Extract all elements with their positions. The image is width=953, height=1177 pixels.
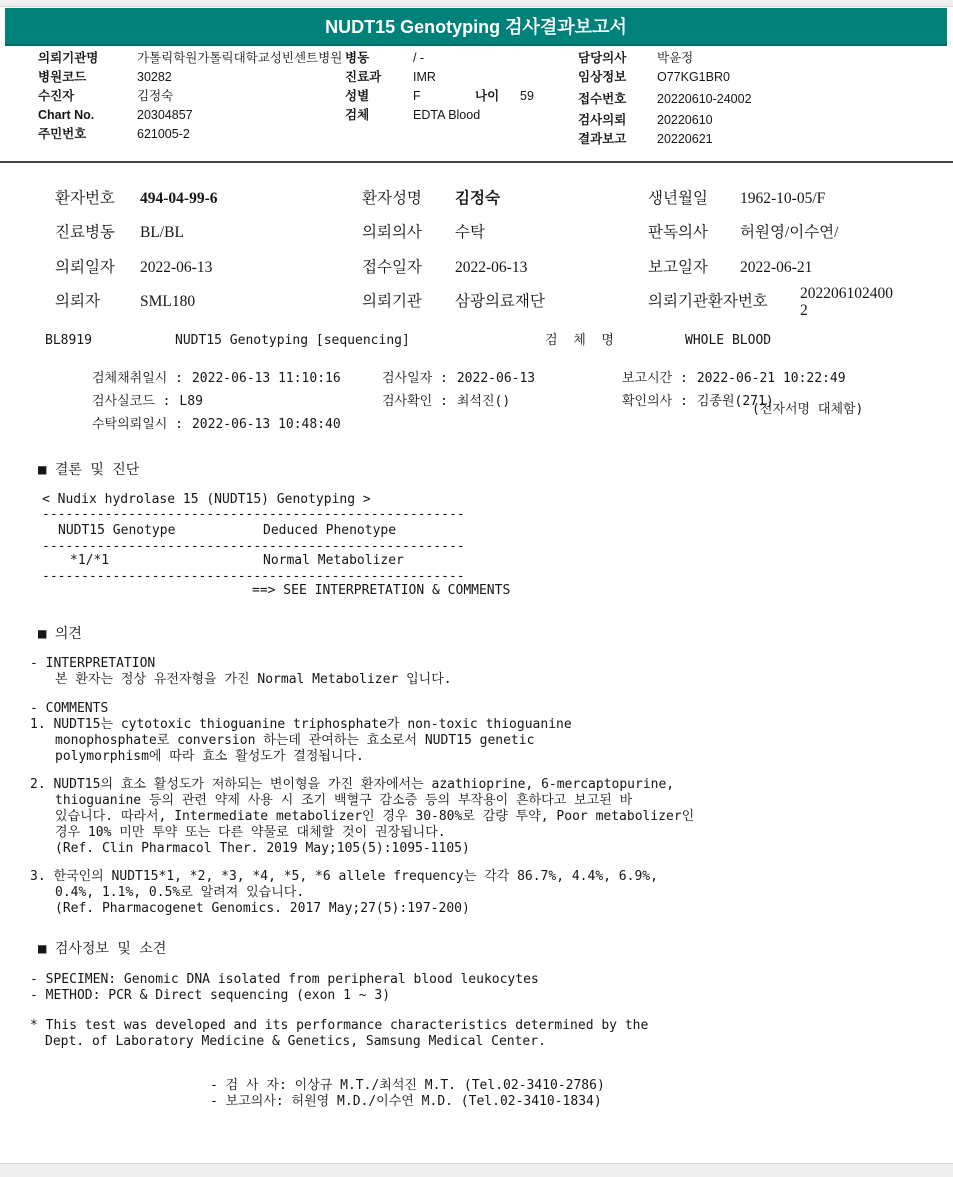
field-label: 의뢰기관 <box>362 293 422 311</box>
field-value: O77KG1BR0 <box>657 70 730 85</box>
field-value: 최석진() <box>457 394 510 409</box>
disclaimer-line: * This test was developed and its perfor… <box>30 1018 648 1033</box>
field-value: 59 <box>520 89 534 104</box>
field-request-datetime: 수탁의뢰일시 :2022-06-13 10:48:40 <box>45 402 341 447</box>
report-title-bar: NUDT15 Genotyping 검사결과보고서 <box>5 8 947 46</box>
lab-report-page: NUDT15 Genotyping 검사결과보고서 의뢰기관명 가톨릭학원가톨릭… <box>0 0 953 1177</box>
field-value: IMR <box>413 70 436 85</box>
reporting-doctor-line: - 보고의사: 허원영 M.D./이수연 M.D. (Tel.02-3410-1… <box>210 1094 602 1109</box>
comment-line: 1. NUDT15는 cytotoxic thioguanine triphos… <box>30 717 572 732</box>
genotype-value: *1/*1 <box>70 553 109 568</box>
field-value: 2022-06-13 <box>140 259 212 277</box>
bottom-strip <box>0 1163 953 1177</box>
comment-line: 경우 10% 미만 투약 또는 다른 약물로 대체할 것이 권장됩니다. <box>55 825 446 840</box>
field-value: 박윤정 <box>657 51 693 66</box>
field-label: 나이 <box>475 89 499 104</box>
field-value: 2022-06-21 <box>740 259 812 277</box>
field-value: 621005-2 <box>137 127 190 142</box>
field-value: WHOLE BLOOD <box>685 333 771 348</box>
field-label: 진료병동 <box>55 224 115 242</box>
divider-dashes: ----------------------------------------… <box>42 569 465 584</box>
method-line: - METHOD: PCR & Direct sequencing (exon … <box>30 988 390 1003</box>
phenotype-value: Normal Metabolizer <box>263 553 404 568</box>
field-label: 결과보고 <box>578 132 626 147</box>
phenotype-column-header: Deduced Phenotype <box>263 523 396 538</box>
field-label: 의뢰기관명 <box>38 51 98 66</box>
comment-line: 있습니다. 따라서, Intermediate metabolizer인 경우 … <box>55 809 694 824</box>
field-verified: 검사확인 :최석진() <box>335 379 510 424</box>
field-value: 가톨릭학원가톨릭대학교성빈센트병원 <box>137 51 342 66</box>
conclusion-subtitle: < Nudix hydrolase 15 (NUDT15) Genotyping… <box>42 492 371 507</box>
comment-line: 3. 한국인의 NUDT15*1, *2, *3, *4, *5, *6 all… <box>30 869 658 884</box>
field-value: 삼광의료재단 <box>455 293 545 311</box>
comment-line: 2. NUDT15의 효소 활성도가 저하되는 변이형을 가진 환자에서는 az… <box>30 777 674 792</box>
esign-note: (전자서명 대체함) <box>752 402 863 417</box>
comment-line: monophosphate로 conversion 하는데 관여하는 효소로서 … <box>55 733 534 748</box>
field-value: 허원영/이수연/ <box>740 224 838 242</box>
field-label: 검사확인 : <box>382 394 448 409</box>
comment-line: polymorphism에 따라 효소 활성도가 결정됩니다. <box>55 749 364 764</box>
field-value: 20220621 <box>657 132 713 147</box>
test-name: NUDT15 Genotyping [sequencing] <box>175 333 410 348</box>
comment-reference: (Ref. Pharmacogenet Genomics. 2017 May;2… <box>55 901 470 916</box>
field-value: 20304857 <box>137 108 193 123</box>
field-value: 20220610 <box>657 113 713 128</box>
field-label: 성별 <box>345 89 369 104</box>
interpretation-body: 본 환자는 정상 유전자형을 가진 Normal Metabolizer 입니다… <box>55 672 452 687</box>
field-label: 검사의뢰 <box>578 113 626 128</box>
field-label: Chart No. <box>38 108 94 123</box>
field-value: 김정숙 <box>137 89 173 104</box>
field-value: EDTA Blood <box>413 108 480 123</box>
field-label: 의뢰자 <box>55 293 100 311</box>
field-value: 2022061024002 <box>800 285 896 319</box>
divider-dashes: ----------------------------------------… <box>42 507 465 522</box>
header-divider-rule <box>0 161 953 163</box>
field-value: 494-04-99-6 <box>140 190 218 208</box>
see-comments-note: ==> SEE INTERPRETATION & COMMENTS <box>252 583 510 598</box>
field-label: 주민번호 <box>38 127 86 142</box>
field-label: 병원코드 <box>38 70 86 85</box>
comments-title: - COMMENTS <box>30 701 108 716</box>
field-value: / - <box>413 51 424 66</box>
field-value: 김정숙 <box>455 190 500 208</box>
field-label: 접수번호 <box>578 92 626 107</box>
field-label: 의뢰의사 <box>362 224 422 242</box>
field-label: 의뢰일자 <box>55 259 115 277</box>
field-label: 수진자 <box>38 89 74 104</box>
disclaimer-line: Dept. of Laboratory Medicine & Genetics,… <box>45 1034 546 1049</box>
field-label: 담당의사 <box>578 51 626 66</box>
field-value: 1962-10-05/F <box>740 190 825 208</box>
field-label: 판독의사 <box>648 224 708 242</box>
comment-reference: (Ref. Clin Pharmacol Ther. 2019 May;105(… <box>55 841 470 856</box>
field-value: F <box>413 89 421 104</box>
section-heading: ■ 의견 <box>38 627 82 642</box>
field-label: 접수일자 <box>362 259 422 277</box>
section-heading: ■ 결론 및 진단 <box>38 463 139 478</box>
field-label: 환자성명 <box>362 190 422 208</box>
field-label: 환자번호 <box>55 190 115 208</box>
field-label: 수탁의뢰일시 : <box>92 417 183 432</box>
field-value: 2022-06-13 10:48:40 <box>192 417 341 432</box>
page-title: NUDT15 Genotyping 검사결과보고서 <box>325 13 627 39</box>
field-label: 확인의사 : <box>622 394 688 409</box>
divider-dashes: ----------------------------------------… <box>42 539 465 554</box>
field-value: 2022-06-13 11:10:16 <box>192 371 341 386</box>
field-label: 검 체 명 <box>545 333 614 348</box>
comment-line: thioguanine 등의 관련 약제 사용 시 조기 백혈구 감소증 등의 … <box>55 793 632 808</box>
genotype-column-header: NUDT15 Genotype <box>58 523 175 538</box>
field-value: 20220610-24002 <box>657 92 752 107</box>
field-label: 보고일자 <box>648 259 708 277</box>
field-confirm-doctor: 확인의사 :김종원(271) <box>575 379 774 424</box>
section-heading: ■ 검사정보 및 소견 <box>38 942 166 957</box>
field-value: 2022-06-13 <box>455 259 527 277</box>
field-label: 의뢰기관환자번호 <box>648 293 768 311</box>
specimen-line: - SPECIMEN: Genomic DNA isolated from pe… <box>30 972 539 987</box>
field-label: 생년월일 <box>648 190 708 208</box>
top-strip <box>0 0 953 7</box>
field-label: 임상정보 <box>578 70 626 85</box>
field-label: 검체 <box>345 108 369 123</box>
tester-line: - 검 사 자: 이상규 M.T./최석진 M.T. (Tel.02-3410-… <box>210 1078 605 1093</box>
field-value: 30282 <box>137 70 172 85</box>
comment-line: 0.4%, 1.1%, 0.5%로 알려져 있습니다. <box>55 885 304 900</box>
test-code: BL8919 <box>45 333 92 348</box>
field-value: 수탁 <box>455 224 485 242</box>
field-value: BL/BL <box>140 224 184 242</box>
field-label: 진료과 <box>345 70 381 85</box>
field-label: 병동 <box>345 51 369 66</box>
interpretation-title: - INTERPRETATION <box>30 656 155 671</box>
field-value: SML180 <box>140 293 195 311</box>
